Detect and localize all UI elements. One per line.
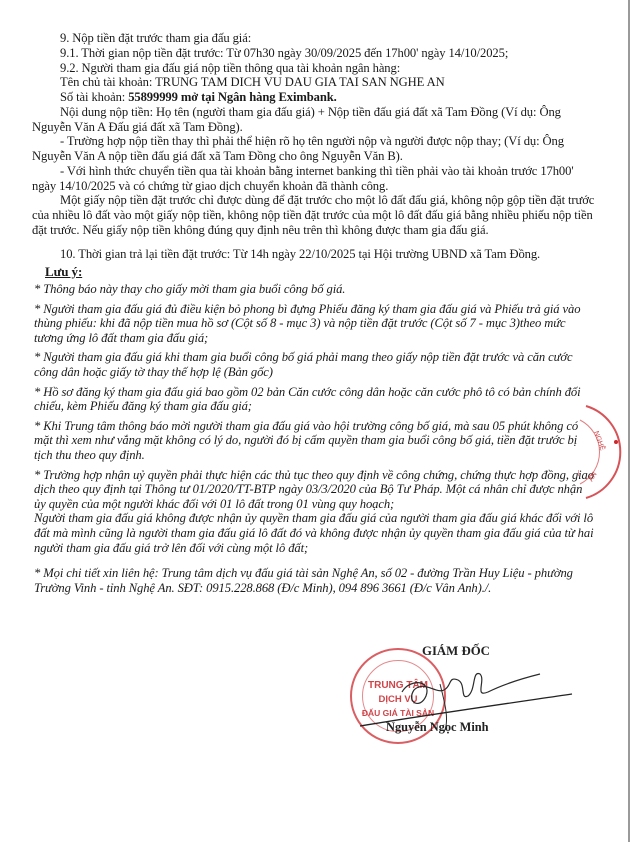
account-holder: Tên chủ tài khoản: TRUNG TAM DICH VU DAU… [32,75,596,90]
proxy-payment: - Trường hợp nộp tiền thay thì phải thể … [32,134,596,164]
section-10: 10. Thời gian trả lại tiền đặt trước: Từ… [32,247,596,262]
partial-stamp: M ẢN NGHỆ AN [578,402,632,502]
account-number: Số tài khoản: 55899999 mở tại Ngân hàng … [32,90,596,105]
signer-name: Nguyễn Ngọc Minh [386,720,489,735]
notes-title: Lưu ý: [45,265,596,280]
internet-banking: - Với hình thức chuyển tiền qua tài khoả… [32,164,596,194]
side-stamp-an: ẢN [578,469,579,478]
document-page: 9. Nộp tiền đặt trước tham gia đấu giá: … [32,31,596,600]
side-stamp-nghe: NGHỆ [592,430,607,452]
section-9-2: 9.2. Người tham gia đấu giá nộp tiền thô… [32,61,596,76]
one-slip-rule: Một giấy nộp tiền đặt trước chỉ được dùn… [32,193,596,237]
note-item: * Khi Trung tâm thông báo mời người tham… [34,419,596,463]
payment-content: Nội dung nộp tiền: Họ tên (người tham gi… [32,105,596,135]
account-number-label: Số tài khoản: [60,90,128,104]
note-item: * Thông báo này thay cho giấy mời tham g… [34,282,596,297]
note-item: * Hồ sơ đăng ký tham gia đấu giá bao gồm… [34,385,596,414]
account-number-value: 55899999 mở tại Ngân hàng Eximbank. [128,90,337,104]
note-item: * Người tham gia đấu giá khi tham gia bu… [34,350,596,379]
side-stamp-an2: AN [588,471,599,483]
note-item: * Người tham gia đấu giá đủ điều kiện bỏ… [34,302,596,346]
note-item: Người tham gia đấu giá không được nhận ủ… [34,511,596,555]
note-item: * Trường hợp nhận uỷ quyền phải thực hiệ… [34,468,596,512]
section-9-heading: 9. Nộp tiền đặt trước tham gia đấu giá: [32,31,596,46]
section-9-1: 9.1. Thời gian nộp tiền đặt trước: Từ 07… [32,46,596,61]
contact-info: * Mọi chi tiết xin liên hệ: Trung tâm dị… [34,566,596,595]
signature-block: TRUNG TÂM DỊCH VỤ ĐẤU GIÁ TÀI SẢN GIÁM Đ… [340,640,580,750]
